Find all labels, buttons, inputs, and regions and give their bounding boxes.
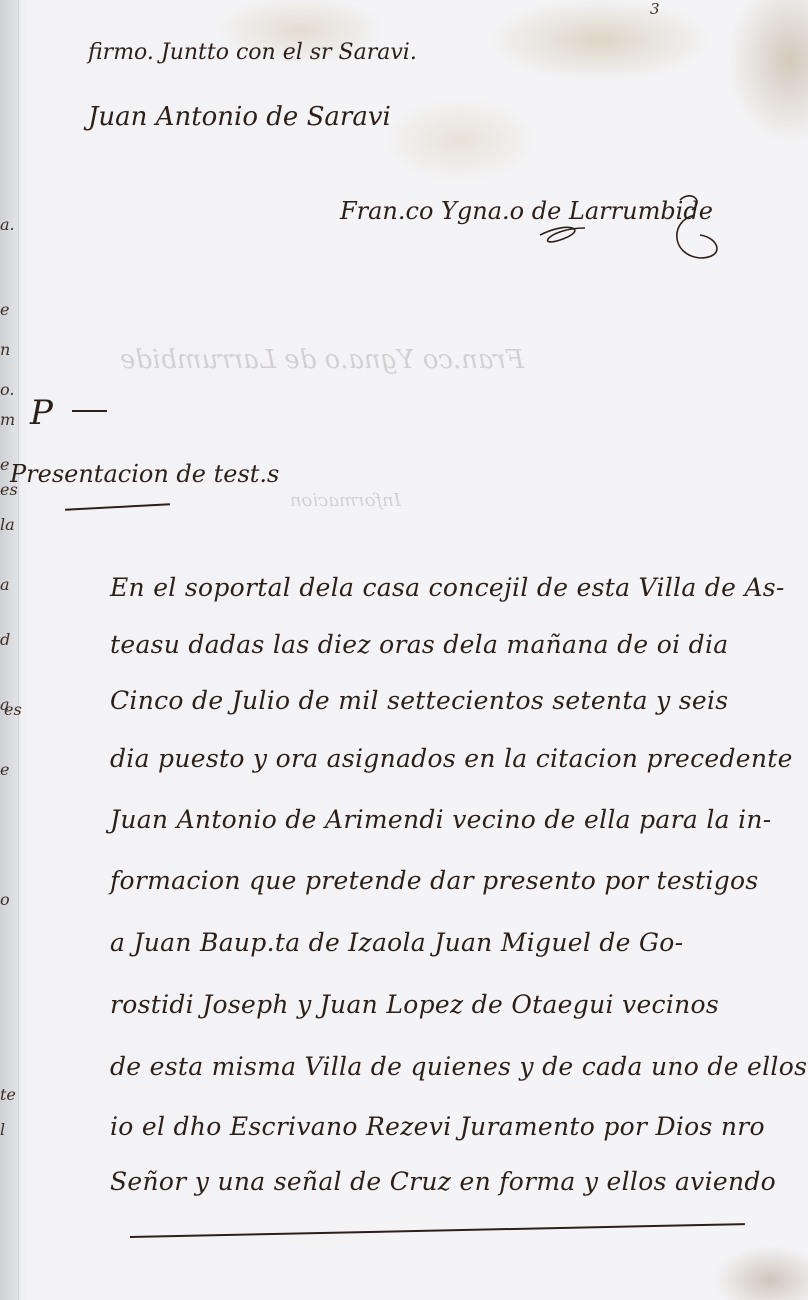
margin-fragment: e <box>0 300 9 319</box>
margin-fragment: la <box>0 515 15 534</box>
margin-fragment: te <box>0 1085 16 1104</box>
body-line: teasu dadas las diez oras dela mañana de… <box>110 630 728 659</box>
margin-fragment: e <box>0 455 9 474</box>
body-line: Señor y una señal de Cruz en forma y ell… <box>110 1167 776 1196</box>
body-line: rostidi Joseph y Juan Lopez de Otaegui v… <box>110 990 719 1019</box>
bleed-through-text: Informacion <box>290 490 401 511</box>
manuscript-page: a. e n o. m e es la a d a es e o te l 3 … <box>0 0 808 1300</box>
margin-fragment: l <box>0 1120 5 1139</box>
body-line: Juan Antonio de Arimendi vecino de ella … <box>110 805 772 834</box>
signature-line-1: firmo. Juntto con el sr Saravi. <box>88 40 417 65</box>
closing-line <box>130 1223 745 1238</box>
body-line: a Juan Baup.ta de Izaola Juan Miguel de … <box>110 928 683 957</box>
margin-fragment: d <box>0 630 10 649</box>
paragraph-mark: P <box>30 393 53 433</box>
margin-fragment: a <box>0 575 10 594</box>
body-line: En el soportal dela casa concejil de est… <box>110 573 785 602</box>
section-heading: Presentacion de test.s <box>10 460 279 488</box>
margin-fragment: o. <box>0 380 14 399</box>
body-line: formacion que pretende dar presento por … <box>110 866 759 895</box>
bleed-through-text: Fran.co Ygna.o de Larrumbide <box>120 345 524 375</box>
body-line: io el dho Escrivano Rezevi Juramento por… <box>110 1112 765 1141</box>
margin-fragment: m <box>0 410 15 429</box>
adjacent-page-edge <box>0 0 19 1300</box>
margin-fragment: a. <box>0 215 15 234</box>
folio-number: 3 <box>650 0 660 18</box>
margin-fragment: o <box>0 890 10 909</box>
body-line: Cinco de Julio de mil settecientos seten… <box>110 686 728 715</box>
section-dash <box>72 410 107 412</box>
margin-fragment: e <box>0 760 9 779</box>
signature-juan-antonio: Juan Antonio de Saravi <box>88 102 391 132</box>
body-line: de esta misma Villa de quienes y de cada… <box>110 1052 807 1081</box>
heading-underline <box>65 503 170 510</box>
margin-fragment: n <box>0 340 10 359</box>
margin-fragment: es <box>4 700 22 719</box>
signature-rubric-flourish <box>530 140 730 280</box>
body-line: dia puesto y ora asignados en la citacio… <box>110 744 793 773</box>
